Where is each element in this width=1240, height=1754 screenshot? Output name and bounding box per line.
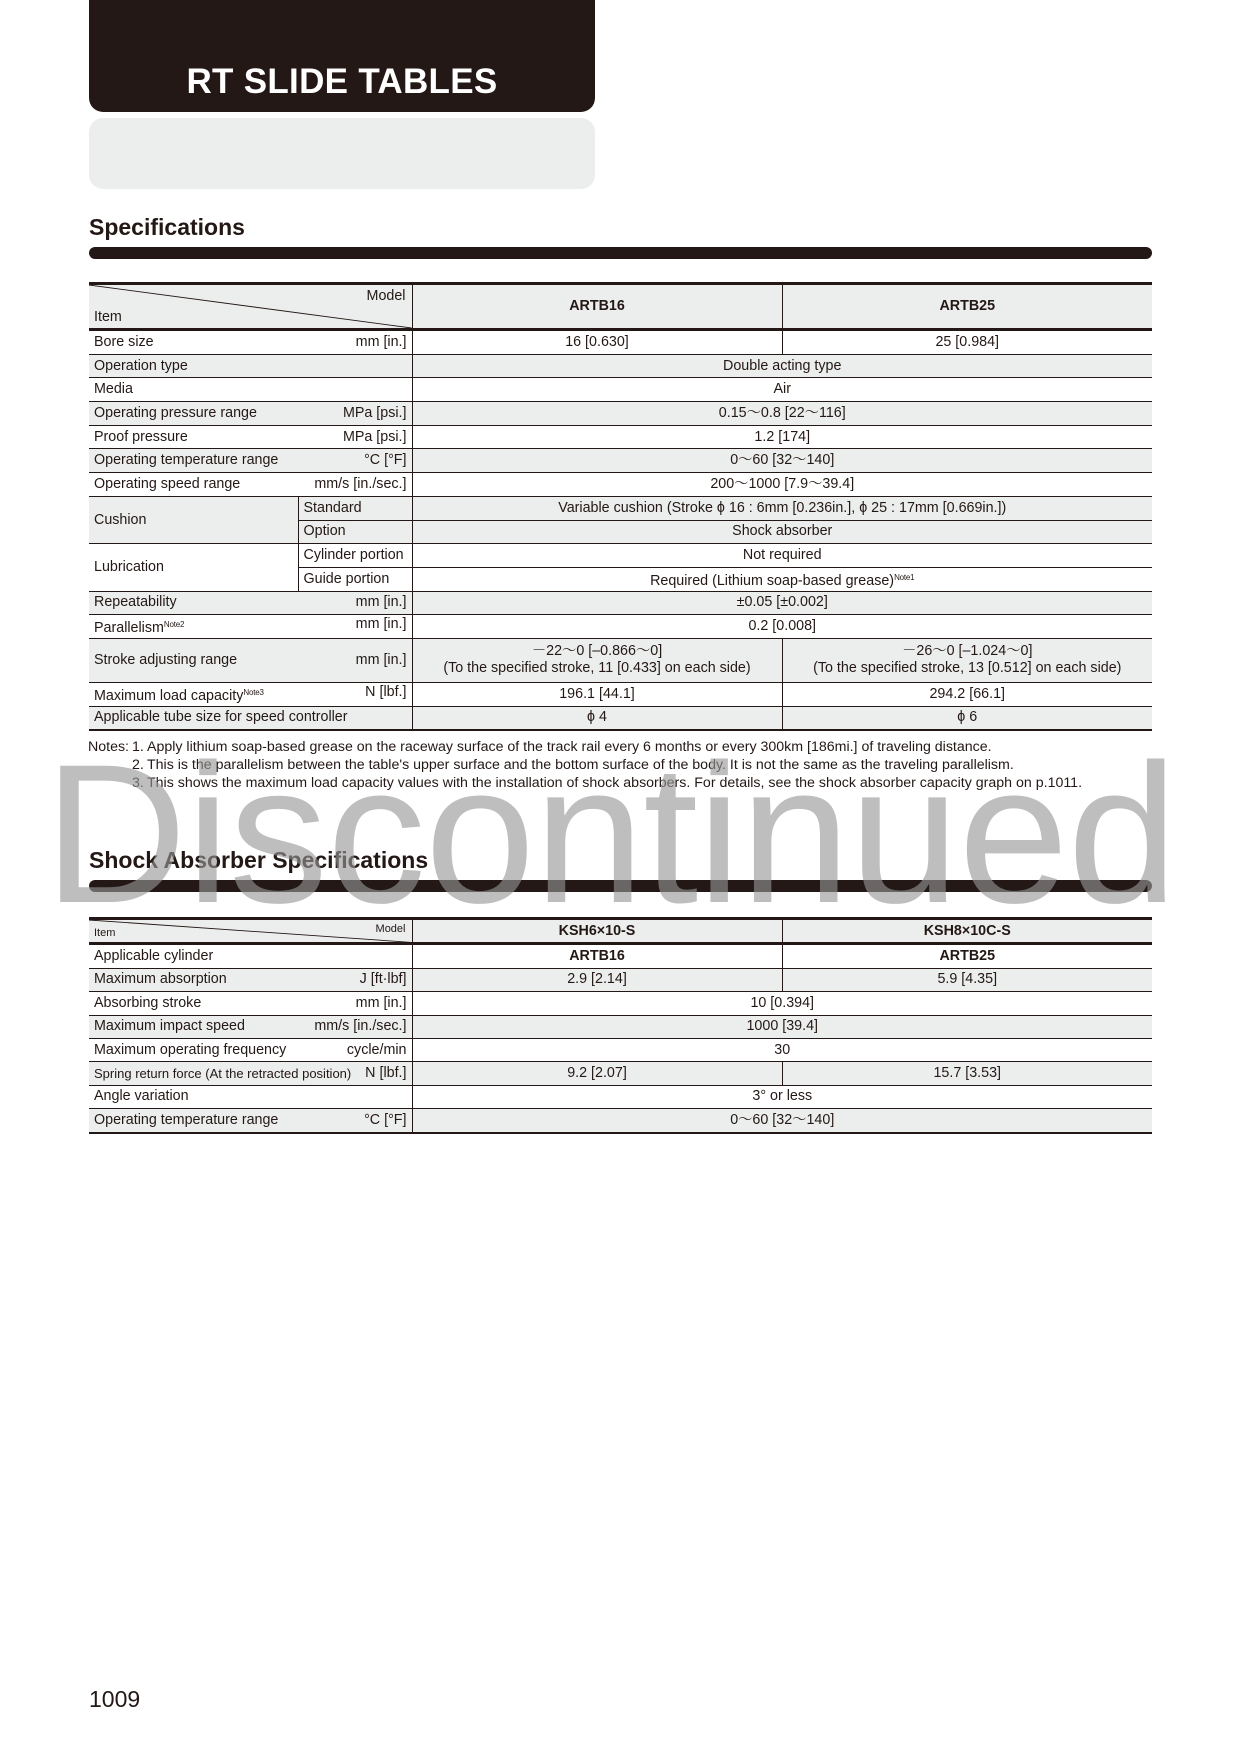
cell-value-note: (To the specified stroke, 11 [0.433] on …: [418, 660, 777, 677]
row-unit: J [ft·lbf]: [360, 971, 407, 988]
table-row: Repeatabilitymm [in.] ±0.05 [±0.002]: [89, 591, 1152, 615]
model-header-ksh6: KSH6×10-S: [412, 919, 782, 944]
sub-row-label: Option: [298, 520, 412, 544]
note-ref: Note2: [164, 620, 184, 629]
row-label: Maximum absorption: [94, 971, 227, 988]
row-label: Spring return force (At the retracted po…: [94, 1065, 351, 1082]
row-label: Angle variation: [89, 1085, 412, 1108]
cell-value: 0～60 [32～140]: [412, 1109, 1152, 1133]
cell-value: ϕ 4: [412, 706, 782, 730]
table-row: ParallelismNote2mm [in.] 0.2 [0.008]: [89, 615, 1152, 639]
row-unit: cycle/min: [347, 1042, 407, 1059]
row-label: Operating pressure range: [94, 405, 257, 422]
row-unit: N [lbf.]: [365, 1065, 406, 1082]
cell-value: 0～60 [32～140]: [412, 449, 1152, 473]
table-header-row: Model Item ARTB16 ARTB25: [89, 284, 1152, 330]
notes: Notes:1.Apply lithium soap-based grease …: [88, 738, 1082, 792]
shock-absorber-heading: Shock Absorber Specifications: [89, 847, 428, 874]
sub-row-label: Cylinder portion: [298, 544, 412, 568]
cell-value: 196.1 [44.1]: [412, 682, 782, 706]
shock-absorber-table: Model Item KSH6×10-S KSH8×10C-S Applicab…: [89, 917, 1152, 1134]
subtitle-panel: [89, 118, 595, 189]
specifications-heading: Specifications: [89, 214, 245, 241]
row-label: Media: [89, 378, 412, 402]
item-model-header: Model Item: [89, 919, 412, 944]
table-row: Angle variation 3° or less: [89, 1085, 1152, 1108]
cell-value: ARTB16: [412, 944, 782, 968]
row-label: Applicable tube size for speed controlle…: [89, 706, 412, 730]
row-label: Operating temperature range: [94, 452, 278, 469]
item-model-header: Model Item: [89, 284, 412, 330]
table-row: Media Air: [89, 378, 1152, 402]
sub-row-label: Standard: [298, 496, 412, 520]
row-label: Parallelism: [94, 620, 164, 636]
cell-value: 3° or less: [412, 1085, 1152, 1108]
row-label: Operation type: [89, 354, 412, 378]
row-label: Operating speed range: [94, 476, 240, 493]
table-row: Spring return force (At the retracted po…: [89, 1062, 1152, 1085]
cell-value: ARTB25: [782, 944, 1152, 968]
notes-prefix: Notes:: [88, 738, 132, 756]
page-title: RT SLIDE TABLES: [89, 62, 595, 102]
note-ref: Note3: [243, 688, 263, 697]
model-header-ksh8: KSH8×10C-S: [782, 919, 1152, 944]
table-row: Maximum operating frequencycycle/min 30: [89, 1038, 1152, 1061]
row-unit: mm [in.]: [356, 334, 407, 351]
title-banner: RT SLIDE TABLES: [89, 0, 595, 112]
table-row: Operating temperature range°C [°F] 0～60 …: [89, 1109, 1152, 1133]
note-text: This is the parallelism between the tabl…: [147, 756, 1014, 774]
cell-value: Double acting type: [412, 354, 1152, 378]
table-row: Applicable cylinder ARTB16 ARTB25: [89, 944, 1152, 968]
diagonal-line: [89, 920, 412, 942]
table-row: Operation type Double acting type: [89, 354, 1152, 378]
table-row: Lubrication Cylinder portion Not require…: [89, 544, 1152, 568]
diagonal-line: [89, 285, 412, 328]
note-number: 1.: [132, 738, 147, 756]
note-text: Apply lithium soap-based grease on the r…: [147, 738, 992, 756]
cell-value: 1.2 [174]: [412, 425, 1152, 449]
cell-value: 0.2 [0.008]: [412, 615, 1152, 639]
row-unit: MPa [psi.]: [343, 429, 407, 446]
cell-value: 2.9 [2.14]: [412, 968, 782, 991]
note-ref: Note1: [894, 573, 914, 582]
table-row: Maximum impact speedmm/s [in./sec.] 1000…: [89, 1015, 1152, 1038]
note-number: 2.: [132, 756, 147, 774]
cell-value: 5.9 [4.35]: [782, 968, 1152, 991]
table-row: Maximum load capacityNote3N [lbf.] 196.1…: [89, 682, 1152, 706]
cell-value: 30: [412, 1038, 1152, 1061]
cell-value: Air: [412, 378, 1152, 402]
section-divider-bar: [89, 880, 1152, 892]
item-header-label: Item: [94, 925, 115, 942]
table-header-row: Model Item KSH6×10-S KSH8×10C-S: [89, 919, 1152, 944]
note-number: 3.: [132, 774, 147, 792]
cell-value: ±0.05 [±0.002]: [412, 591, 1152, 615]
sub-row-label: Guide portion: [298, 567, 412, 591]
cell-value: 200～1000 [7.9～39.4]: [412, 473, 1152, 497]
cell-value-note: (To the specified stroke, 13 [0.512] on …: [788, 660, 1148, 677]
cell-value: 294.2 [66.1]: [782, 682, 1152, 706]
table-row: Stroke adjusting rangemm [in.] －22～0 [–0…: [89, 638, 1152, 682]
row-unit: mm [in.]: [356, 616, 407, 637]
row-label: Cushion: [89, 496, 298, 543]
table-row: Proof pressureMPa [psi.] 1.2 [174]: [89, 425, 1152, 449]
specifications-table: Model Item ARTB16 ARTB25 Bore sizemm [in…: [89, 282, 1152, 731]
item-header-label: Item: [94, 309, 122, 326]
table-row: Bore sizemm [in.] 16 [0.630] 25 [0.984]: [89, 330, 1152, 355]
row-unit: °C [°F]: [364, 1112, 406, 1129]
cell-value: Shock absorber: [412, 520, 1152, 544]
table-row: Operating temperature range°C [°F] 0～60 …: [89, 449, 1152, 473]
row-label: Absorbing stroke: [94, 995, 201, 1012]
model-header-artb25: ARTB25: [782, 284, 1152, 330]
section-divider-bar: [89, 247, 1152, 259]
row-label: Proof pressure: [94, 429, 188, 446]
row-unit: mm [in.]: [356, 995, 407, 1012]
model-header-label: Model: [376, 921, 406, 938]
table-row: Absorbing strokemm [in.] 10 [0.394]: [89, 992, 1152, 1015]
cell-value: 15.7 [3.53]: [782, 1062, 1152, 1085]
row-unit: mm [in.]: [356, 594, 407, 611]
table-row: Operating speed rangemm/s [in./sec.] 200…: [89, 473, 1152, 497]
cell-value: 10 [0.394]: [412, 992, 1152, 1015]
table-row: Maximum absorptionJ [ft·lbf] 2.9 [2.14] …: [89, 968, 1152, 991]
row-unit: MPa [psi.]: [343, 405, 407, 422]
page-number: 1009: [89, 1686, 140, 1713]
row-label: Maximum load capacity: [94, 688, 243, 704]
row-unit: °C [°F]: [364, 452, 406, 469]
row-unit: mm/s [in./sec.]: [314, 476, 406, 493]
table-row: Applicable tube size for speed controlle…: [89, 706, 1152, 730]
row-label: Stroke adjusting range: [94, 652, 237, 669]
cell-value: 9.2 [2.07]: [412, 1062, 782, 1085]
note-text: This shows the maximum load capacity val…: [147, 774, 1082, 792]
row-label: Repeatability: [94, 594, 177, 611]
row-label: Operating temperature range: [94, 1112, 278, 1129]
cell-value: －22～0 [–0.866～0]: [418, 643, 777, 660]
cell-value: ϕ 6: [782, 706, 1152, 730]
cell-value: －26～0 [–1.024～0]: [788, 643, 1148, 660]
cell-value: Required (Lithium soap-based grease): [650, 573, 894, 589]
row-label: Bore size: [94, 334, 154, 351]
model-header-artb16: ARTB16: [412, 284, 782, 330]
row-label: Maximum operating frequency: [94, 1042, 286, 1059]
row-label: Applicable cylinder: [89, 944, 412, 968]
model-header-label: Model: [367, 288, 406, 305]
cell-value: 16 [0.630]: [412, 330, 782, 355]
row-unit: mm [in.]: [356, 652, 407, 669]
row-label: Maximum impact speed: [94, 1018, 245, 1035]
cell-value: 1000 [39.4]: [412, 1015, 1152, 1038]
row-unit: N [lbf.]: [365, 684, 406, 705]
cell-value: Variable cushion (Stroke ϕ 16 : 6mm [0.2…: [412, 496, 1152, 520]
row-label: Lubrication: [89, 544, 298, 591]
cell-value: 25 [0.984]: [782, 330, 1152, 355]
table-row: Cushion Standard Variable cushion (Strok…: [89, 496, 1152, 520]
cell-value: 0.15～0.8 [22～116]: [412, 402, 1152, 426]
row-unit: mm/s [in./sec.]: [314, 1018, 406, 1035]
cell-value: Not required: [412, 544, 1152, 568]
table-row: Operating pressure rangeMPa [psi.] 0.15～…: [89, 402, 1152, 426]
